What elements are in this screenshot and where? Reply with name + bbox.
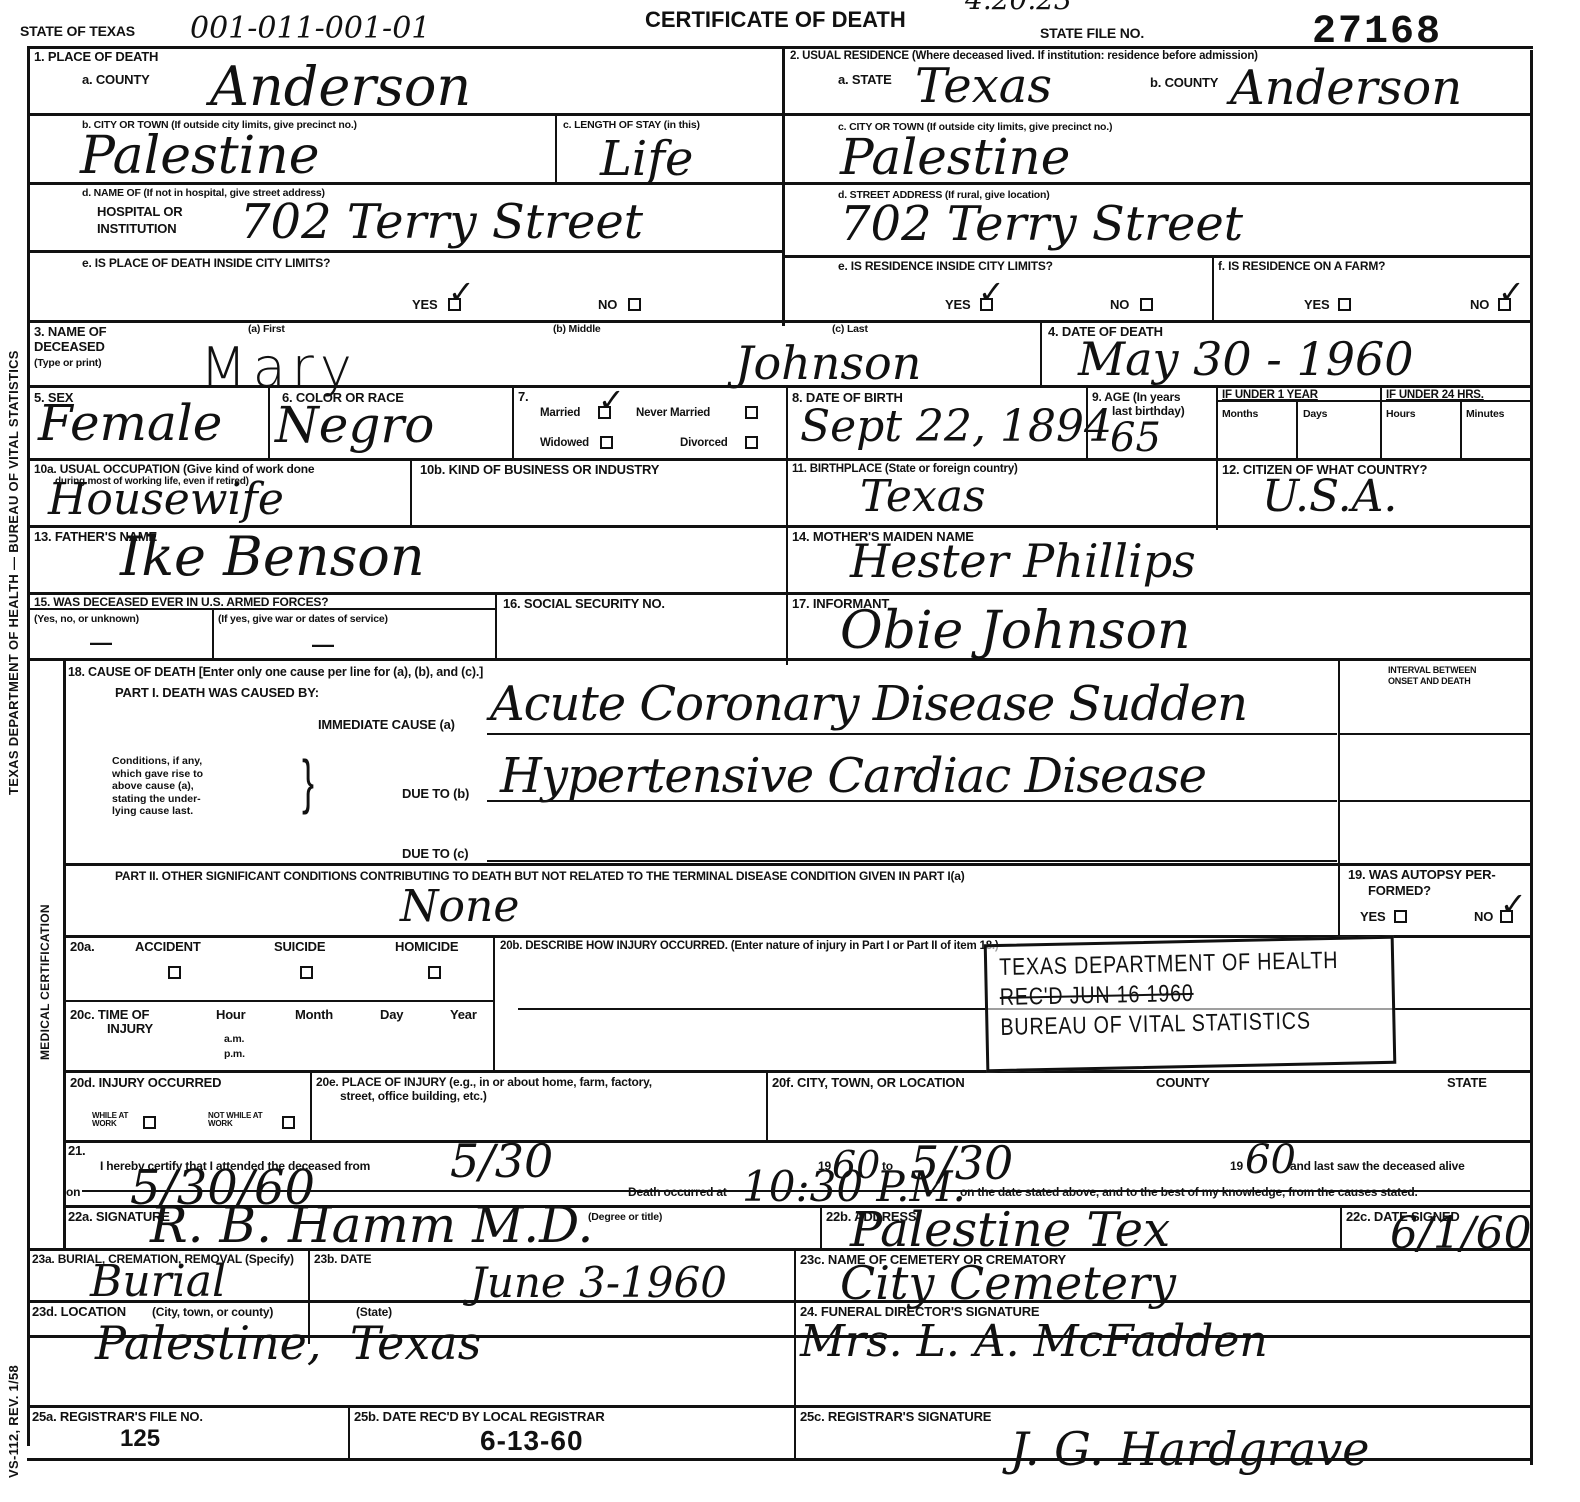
form-revision-label: VS-112, REV. 1/58 <box>6 1365 21 1478</box>
accident-checkbox[interactable] <box>168 966 181 979</box>
hours-label: Hours <box>1386 409 1415 420</box>
part1-label: PART I. DEATH WAS CAUSED BY: <box>115 686 319 700</box>
citizen-value[interactable]: U.S.A. <box>1262 475 1397 519</box>
checkmark-icon: ✓ <box>1500 888 1527 920</box>
residence-county-label: b. COUNTY <box>1150 76 1218 90</box>
age-label-1: 9. AGE (In years <box>1092 391 1180 404</box>
year-label: Year <box>450 1008 477 1022</box>
occupation-value[interactable]: Housewife <box>48 478 284 522</box>
cause-of-death-label: 18. CAUSE OF DEATH [Enter only one cause… <box>68 666 483 679</box>
residence-state-value[interactable]: Texas <box>915 62 1052 110</box>
residence-inside-yes-label: YES <box>945 298 970 312</box>
rule <box>348 1405 350 1460</box>
checkmark-icon: ✓ <box>1498 276 1525 308</box>
hospital-value[interactable]: 702 Terry Street <box>240 198 643 246</box>
rule <box>63 1070 1533 1073</box>
married-label: Married <box>540 407 580 419</box>
on-farm-label: f. IS RESIDENCE ON A FARM? <box>1218 260 1385 273</box>
rule <box>27 250 785 253</box>
length-of-stay-value[interactable]: Life <box>600 135 693 183</box>
funeral-director-signature[interactable]: Mrs. L. A. McFadden <box>800 1320 1268 1364</box>
death-county-value[interactable]: Anderson <box>210 60 471 114</box>
burial-city-value[interactable]: Palestine, <box>95 1320 322 1366</box>
middle-name-label: (b) Middle <box>553 324 601 335</box>
rule <box>493 935 495 1070</box>
rule <box>27 658 1533 661</box>
time-of-injury-label-1: 20c. TIME OF <box>70 1008 149 1022</box>
date-received-label: 25b. DATE REC'D BY LOCAL REGISTRAR <box>354 1410 605 1424</box>
physician-signature[interactable]: R. B. Hamm M.D. <box>150 1200 593 1250</box>
marital-label: 7. <box>518 390 528 404</box>
interval-label-2: ONSET AND DEATH <box>1388 677 1471 686</box>
armed-war-label: (If yes, give war or dates of service) <box>218 614 388 625</box>
rule <box>1380 385 1382 460</box>
checkmark-icon: ✓ <box>978 276 1005 308</box>
am-label: a.m. <box>224 1034 244 1045</box>
conditions-note-line: Conditions, if any, <box>112 755 203 768</box>
date-received-value[interactable]: 6-13-60 <box>480 1425 584 1457</box>
sex-value[interactable]: Female <box>38 398 222 448</box>
length-of-stay-label: c. LENGTH OF STAY (in this) <box>563 120 700 131</box>
suicide-checkbox[interactable] <box>300 966 313 979</box>
farm-yes-label: YES <box>1304 298 1329 312</box>
while-at-work-checkbox[interactable] <box>143 1116 156 1129</box>
pm-label: p.m. <box>224 1049 245 1060</box>
rule <box>487 860 1337 862</box>
business-value[interactable] <box>420 482 780 520</box>
rule <box>63 658 66 1248</box>
certification-text-3: on the date stated above, and to the bes… <box>960 1186 1418 1199</box>
rule <box>63 863 1533 866</box>
business-label: 10b. KIND OF BUSINESS OR INDUSTRY <box>420 463 659 477</box>
age-value[interactable]: 65 <box>1110 418 1161 458</box>
residence-state-label: a. STATE <box>838 73 892 87</box>
last-name-label: (c) Last <box>832 324 868 335</box>
rule <box>1460 400 1462 460</box>
rule <box>487 733 1337 735</box>
due-to-c-label: DUE TO (c) <box>402 847 468 861</box>
rule <box>27 1405 1533 1408</box>
place-of-injury-label-1: 20e. PLACE OF INJURY (e.g., in or about … <box>316 1076 652 1089</box>
conditions-note: Conditions, if any, which gave rise to a… <box>112 755 203 818</box>
rule <box>820 1205 822 1250</box>
deceased-name-label-2: DECEASED <box>34 340 105 354</box>
physician-address-value[interactable]: Palestine Tex <box>850 1206 1170 1254</box>
days-label: Days <box>1303 409 1327 420</box>
father-value[interactable]: Ike Benson <box>120 530 425 584</box>
certification-item-label: 21. <box>68 1144 85 1158</box>
rule <box>310 1070 312 1140</box>
day-label: Day <box>380 1008 403 1022</box>
conditions-note-line: above cause (a), <box>112 780 203 793</box>
rule <box>212 608 214 660</box>
rule <box>555 113 557 183</box>
month-label: Month <box>295 1008 333 1022</box>
middle-name-value[interactable] <box>553 340 733 380</box>
rule <box>1340 733 1530 735</box>
rule <box>495 592 497 660</box>
disposition-value[interactable]: Burial <box>90 1260 226 1304</box>
homicide-label: HOMICIDE <box>395 940 458 954</box>
interval-label-1: INTERVAL BETWEEN <box>1388 666 1476 675</box>
armed-forces-label: 15. WAS DECEASED EVER IN U.S. ARMED FORC… <box>34 596 328 609</box>
race-value[interactable]: Negro <box>275 400 434 450</box>
received-stamp: TEXAS DEPARTMENT OF HEALTH REC'D JUN 16 … <box>984 936 1397 1073</box>
attended-from-date[interactable]: 5/30 <box>450 1138 553 1184</box>
death-inside-no-label: NO <box>598 298 617 312</box>
frame-left <box>27 46 30 1446</box>
homicide-checkbox[interactable] <box>428 966 441 979</box>
while-at-work-label: WHILE AT WORK <box>92 1112 140 1129</box>
residence-inside-city-label: e. IS RESIDENCE INSIDE CITY LIMITS? <box>838 260 1053 273</box>
death-occurred-label: Death occurred at <box>628 1186 727 1199</box>
state-code-handwritten: 001-011-001-01 <box>190 14 430 44</box>
never-married-checkbox[interactable] <box>745 406 758 419</box>
armed-war-value[interactable]: — <box>312 632 334 658</box>
accident-label: ACCIDENT <box>135 940 201 954</box>
describe-injury-value[interactable] <box>520 960 960 1000</box>
rule <box>1296 400 1298 460</box>
first-name-label: (a) First <box>248 324 285 335</box>
burial-state-value[interactable]: Texas <box>350 1320 481 1366</box>
year-prefix-2: 19 <box>1230 1160 1243 1173</box>
state-label: STATE OF TEXAS <box>20 24 135 39</box>
residence-county-value[interactable]: Anderson <box>1230 64 1462 112</box>
suicide-label: SUICIDE <box>274 940 325 954</box>
rule <box>1338 658 1340 938</box>
rule <box>785 255 1530 258</box>
informant-value[interactable]: Obie Johnson <box>840 605 1190 657</box>
autopsy-no-label: NO <box>1474 910 1493 924</box>
rule <box>27 1300 1533 1303</box>
rule <box>1040 320 1042 386</box>
not-while-at-work-label: NOT WHILE AT WORK <box>208 1112 268 1129</box>
frame-top <box>27 46 1533 49</box>
degree-label: (Degree or title) <box>588 1212 662 1223</box>
place-of-injury-label-2: street, office building, etc.) <box>340 1090 487 1103</box>
rule <box>1340 800 1530 802</box>
ssn-label: 16. SOCIAL SECURITY NO. <box>503 597 665 611</box>
conditions-note-line: lying cause last. <box>112 805 203 818</box>
ssn-value[interactable] <box>503 615 783 653</box>
never-married-label: Never Married <box>636 407 710 419</box>
farm-no-label: NO <box>1470 298 1489 312</box>
place-of-death-label: 1. PLACE OF DEATH <box>34 50 158 64</box>
cemetery-value[interactable]: City Cemetery <box>840 1260 1176 1306</box>
armed-yesno-value[interactable]: — <box>90 630 112 656</box>
stamp-line-bureau: BUREAU OF VITAL STATISTICS <box>1000 1006 1312 1043</box>
last-name-value[interactable]: Johnson <box>735 340 921 386</box>
mother-value[interactable]: Hester Phillips <box>850 538 1196 584</box>
divorced-checkbox[interactable] <box>745 436 758 449</box>
under-1-year-label: IF UNDER 1 YEAR <box>1222 389 1318 401</box>
attended-to-year[interactable]: 60 <box>1245 1140 1296 1180</box>
widowed-checkbox[interactable] <box>600 436 613 449</box>
injury-location-label: 20f. CITY, TOWN, OR LOCATION <box>772 1076 965 1090</box>
autopsy-label-2: FORMED? <box>1368 884 1431 898</box>
registrar-signature-label: 25c. REGISTRAR'S SIGNATURE <box>800 1410 991 1424</box>
vertical-department-label: TEXAS DEPARTMENT OF HEALTH — BUREAU OF V… <box>6 350 21 795</box>
county-label: a. COUNTY <box>82 73 150 87</box>
months-label: Months <box>1222 409 1258 420</box>
deceased-name-label-1: 3. NAME OF <box>34 325 106 339</box>
registrar-file-no-value[interactable]: 125 <box>120 1425 160 1453</box>
divorced-label: Divorced <box>680 437 728 449</box>
rule <box>1212 255 1214 321</box>
time-of-injury-label-2: INJURY <box>107 1022 153 1036</box>
hour-label: Hour <box>216 1008 246 1022</box>
burial-date-value[interactable]: June 3-1960 <box>470 1262 727 1304</box>
part2-label: PART II. OTHER SIGNIFICANT CONDITIONS CO… <box>115 870 965 883</box>
rule <box>1340 1205 1342 1250</box>
document-title: CERTIFICATE OF DEATH <box>645 8 906 31</box>
top-note-handwritten: 4.20.23 <box>965 0 1072 14</box>
state-file-label: STATE FILE NO. <box>1040 26 1144 41</box>
injury-occurred-label: 20d. INJURY OCCURRED <box>70 1076 221 1090</box>
immediate-cause-value[interactable]: Acute Coronary Disease Sudden <box>490 680 1247 728</box>
registrar-file-no-label: 25a. REGISTRAR'S FILE NO. <box>32 1410 203 1424</box>
date-of-death-value[interactable]: May 30 - 1960 <box>1078 336 1414 382</box>
rule <box>27 458 1533 461</box>
conditions-note-line: stating the under- <box>112 793 203 806</box>
registrar-signature-value[interactable]: J. G. Hardgrave <box>1010 1426 1370 1472</box>
hospital-label-2: HOSPITAL OR <box>97 205 182 219</box>
birthplace-value[interactable]: Texas <box>860 475 986 519</box>
conditions-note-line: which gave rise to <box>112 768 203 781</box>
residence-city-value[interactable]: Palestine <box>840 132 1070 182</box>
due-to-b-label: DUE TO (b) <box>402 787 469 801</box>
due-to-c-value[interactable] <box>490 815 1330 855</box>
autopsy-yes-label: YES <box>1360 910 1385 924</box>
dob-value[interactable]: Sept 22, 1894 <box>800 405 1112 449</box>
burial-date-label: 23b. DATE <box>314 1253 371 1266</box>
divider-section1-2 <box>782 46 785 326</box>
death-city-value[interactable]: Palestine <box>80 130 320 182</box>
rule <box>63 1000 495 1002</box>
rule <box>794 1248 796 1460</box>
rule <box>766 1070 768 1140</box>
residence-street-value[interactable]: 702 Terry Street <box>840 200 1243 248</box>
bracket-icon: } <box>302 752 314 812</box>
injury-state-label: STATE <box>1447 1076 1487 1090</box>
autopsy-yes-checkbox[interactable] <box>1394 910 1407 923</box>
residence-inside-no-label: NO <box>1110 298 1129 312</box>
death-inside-yes-label: YES <box>412 298 437 312</box>
immediate-cause-label: IMMEDIATE CAUSE (a) <box>318 718 455 732</box>
on-label: on <box>66 1186 80 1199</box>
date-signed-value[interactable]: 6/1/60 <box>1390 1212 1532 1256</box>
autopsy-label-1: 19. WAS AUTOPSY PER- <box>1348 868 1495 882</box>
deceased-name-label-3: (Type or print) <box>34 358 101 369</box>
hospital-label-3: INSTITUTION <box>97 222 176 236</box>
armed-yesno-label: (Yes, no, or unknown) <box>34 614 139 625</box>
injury-county-label: COUNTY <box>1156 1076 1210 1090</box>
certification-text-2: and last saw the deceased alive <box>1290 1160 1465 1173</box>
rule <box>63 1140 1533 1143</box>
rule <box>512 385 514 460</box>
checkmark-icon: ✓ <box>448 276 475 308</box>
due-to-b-value[interactable]: Hypertensive Cardiac Disease <box>500 752 1206 800</box>
minutes-label: Minutes <box>1466 409 1504 420</box>
injury-type-label: 20a. <box>70 940 95 954</box>
death-inside-no-checkbox[interactable] <box>628 298 641 311</box>
vertical-medical-certification: MEDICAL CERTIFICATION <box>38 904 52 1060</box>
part2-value[interactable]: None <box>400 885 519 929</box>
residence-inside-no-checkbox[interactable] <box>1140 298 1153 311</box>
checkmark-icon: ✓ <box>598 384 625 416</box>
widowed-label: Widowed <box>540 437 589 449</box>
farm-yes-checkbox[interactable] <box>1338 298 1351 311</box>
describe-injury-label: 20b. DESCRIBE HOW INJURY OCCURRED. (Ente… <box>500 940 999 952</box>
rule <box>410 458 412 528</box>
under-24-hrs-label: IF UNDER 24 HRS. <box>1386 389 1484 401</box>
death-inside-city-label: e. IS PLACE OF DEATH INSIDE CITY LIMITS? <box>82 257 330 270</box>
not-while-at-work-checkbox[interactable] <box>282 1116 295 1129</box>
